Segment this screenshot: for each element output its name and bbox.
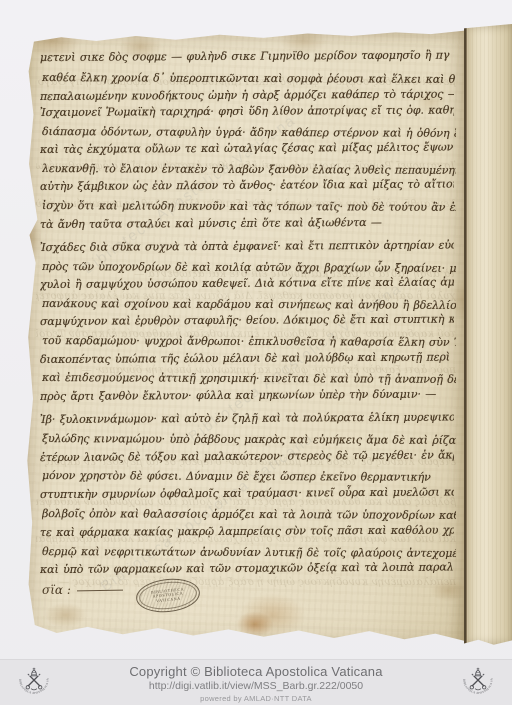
manuscript-line: καὶ τὰς ἐκχύματα οὔλων τε καὶ ὠταλγίας ζ… — [40, 139, 454, 160]
manuscript-line: τε καὶ φάρμακα κακίας μακρῷ λαμπρείαις σ… — [40, 521, 454, 542]
manuscript-line: καὶ ὑπὸ τῶν φαρμακείων καὶ τῶν στομαχικῶ… — [40, 559, 454, 580]
powered-by-text: powered by AMLAD·NTT DATA — [0, 693, 512, 704]
manuscript-line: αὐτὴν ξάμβικον ὡς ἐὰν πλάσον τὸ ἄνθος· ἐ… — [40, 176, 454, 197]
footer-bar: BIBLIOTECA APOSTOLICA VATICANA Copyright… — [0, 659, 512, 705]
closing-dash — [77, 589, 123, 591]
manuscript-line: διακοπέντας ὑπώπια τῆς ἑώλου μέλανι δὲ κ… — [40, 348, 454, 369]
scan-viewport: μετενὶ σικε δὸς σοφμε — φυλὴνδ σικε Γιμη… — [0, 0, 512, 705]
manuscript-paragraph: Ἰσχαιμονεῖ Ῥωμαϊκὴ ταριχηρά· φησὶ ὕδη λί… — [40, 104, 454, 234]
manuscript-line: Ἰσχαιμονεῖ Ῥωμαϊκὴ ταριχηρά· φησὶ ὕδη λί… — [40, 101, 454, 122]
manuscript-paragraph: μετενὶ σικε δὸς σοφμε — φυλὴνδ σικε Γιμη… — [40, 48, 454, 107]
library-stamp: BIBLIOTHECA APOSTOLICA VATICANA — [134, 576, 201, 616]
manuscript-line: στυπτικὴν σμυρνίων ὀφθαλμοῖς καὶ τραύμασ… — [40, 484, 454, 505]
stamp-text: VATICANA — [156, 596, 181, 603]
manuscript-paragraph: Ἰσχάδες διὰ σῦκα συχνὰ τὰ ὀπτὰ ἐμφανεῖ· … — [40, 239, 454, 406]
manuscript-line: πρὸς ἄρτι ξανθὸν ἔκλυτον· φύλλα καὶ μηκω… — [40, 385, 454, 406]
closing-mark-text: σϊα : — [42, 583, 71, 597]
manuscript-page: μετενὶ σικε δὸς σοφμε — φυλὴνδ σικε Γιμη… — [26, 28, 466, 646]
source-url-text: http://digi.vatlib.it/view/MSS_Barb.gr.2… — [0, 680, 512, 693]
manuscript-line: Ἰβ· ξυλοκιννάμωμον· καὶ αὐτὸ ἐν ζηλῇ καὶ… — [40, 408, 454, 429]
vatican-library-seal-icon: BIBLIOTECA APOSTOLICA VATICANA — [459, 663, 497, 701]
manuscript-paragraph: Ἰβ· ξυλοκιννάμωμον· καὶ αὐτὸ ἐν ζηλῇ καὶ… — [40, 411, 454, 580]
stamp-text: BIBLIOTHECA — [151, 587, 185, 595]
manuscript-line: τὰ ἄνθη ταῦτα σταλύει καὶ μύνσις ἐπὶ ὅτε… — [40, 213, 454, 234]
manuscript-line: σαμψύχινον καὶ ἐρυθρὸν σταφυλῆς· θείου. … — [40, 311, 454, 332]
footer-text-block: Copyright © Biblioteca Apostolica Vatica… — [0, 663, 512, 704]
closing-mark: σϊα : — [42, 583, 123, 597]
codex-fore-edge — [464, 24, 512, 646]
manuscript-line: χυλοὶ ἢ σαμψύχου ὑσσώπου καθεψεῖ. Διὰ κό… — [40, 274, 454, 295]
copyright-text: Copyright © Biblioteca Apostolica Vatica… — [0, 663, 512, 680]
manuscript-line: Ἰσχάδες διὰ σῦκα συχνὰ τὰ ὀπτὰ ἐμφανεῖ· … — [40, 236, 454, 257]
manuscript-line: μετενὶ σικε δὸς σοφμε — φυλὴνδ σικε Γιμη… — [40, 45, 454, 67]
manuscript-line: ἑτέρων λιανῶς δὲ τόξου καὶ μαλακώτερον· … — [40, 446, 454, 467]
stamp-text: APOSTOLICA — [152, 592, 183, 600]
